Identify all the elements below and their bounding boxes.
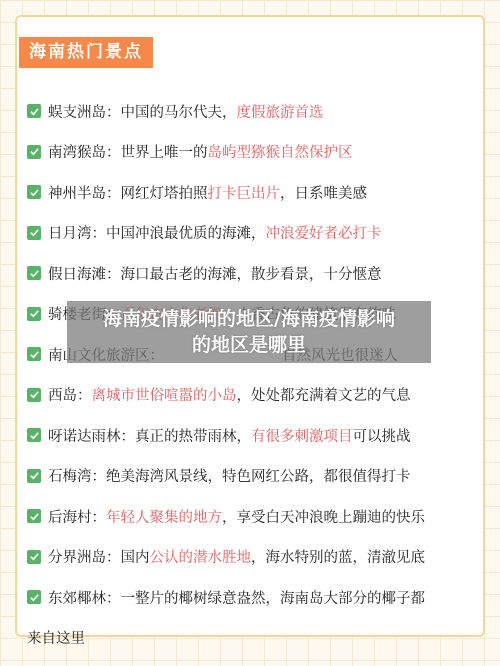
item-name: 分界洲岛 [48, 546, 106, 567]
item-name: 后海村 [48, 506, 92, 527]
list-item: 西岛：离城市世俗喧嚣的小岛，处处都充满着文艺的气息 [27, 375, 477, 416]
item-sep: ： [92, 465, 107, 486]
checkmark-icon [27, 145, 41, 159]
item-name: 日月湾 [48, 222, 92, 243]
list-item: 分界洲岛：国内公认的潜水胜地，海水特别的蓝，清澈见底 [27, 537, 477, 578]
list-item: 神州半岛：网红灯塔拍照打卡巨出片，日系唯美感 [27, 172, 477, 213]
item-text-tail: ，日系唯美感 [280, 182, 367, 203]
list-item: 后海村：年轻人聚集的地方，享受白天冲浪晚上蹦迪的快乐 [27, 496, 477, 537]
item-name: 呀诺达雨林 [48, 425, 121, 446]
item-sep: ： [92, 222, 107, 243]
card-title: 海南热门景点 [19, 37, 153, 68]
list-item: 假日海滩：海口最古老的海滩，散步看景，十分惬意 [27, 253, 477, 294]
list-item: 日月湾：中国冲浪最优质的海滩，冲浪爱好者必打卡 [27, 213, 477, 254]
item-text: 中国冲浪最优质的海滩， [106, 222, 266, 243]
item-text-tail: ，处处都充满着文艺的气息 [237, 384, 411, 405]
item-text-tail: ，享受白天冲浪晚上蹦迪的快乐 [222, 506, 425, 527]
item-sep: ： [106, 101, 121, 122]
item-name: 神州半岛 [48, 182, 106, 203]
caption-overlay: 海南疫情影响的地区/海南疫情影响 的地区是哪里 [67, 301, 431, 363]
item-highlight: 离城市世俗喧嚣的小岛 [92, 384, 237, 405]
item-text-tail: 可以挑战 [353, 425, 411, 446]
item-sep: ： [77, 384, 92, 405]
list-item: 蜈支洲岛：中国的马尔代夫，度假旅游首选 [27, 91, 477, 132]
checkmark-icon [27, 509, 41, 523]
checkmark-icon [27, 590, 41, 604]
item-highlight: 有很多刺激项目 [251, 425, 353, 446]
overlay-line-1: 海南疫情影响的地区/海南疫情影响 [67, 306, 431, 332]
list-item: 呀诺达雨林：真正的热带雨林，有很多刺激项目可以挑战 [27, 415, 477, 456]
item-highlight: 年轻人聚集的地方 [106, 506, 222, 527]
attractions-list: 蜈支洲岛：中国的马尔代夫，度假旅游首选 南湾猴岛：世界上唯一的岛屿型猕猴自然保护… [27, 91, 477, 658]
item-sep: ： [106, 182, 121, 203]
item-highlight: 打卡巨出片 [208, 182, 281, 203]
item-text: 中国的马尔代夫， [121, 101, 237, 122]
item-sep: ： [92, 506, 107, 527]
item-name: 假日海滩 [48, 263, 106, 284]
checkmark-icon [27, 307, 41, 321]
list-item: 石梅湾：绝美海湾风景线，特色网红公路，都很值得打卡 [27, 456, 477, 497]
item-sep: ： [106, 587, 121, 608]
item-name: 东郊椰林 [48, 587, 106, 608]
item-text: 海口最古老的海滩，散步看景，十分惬意 [121, 263, 382, 284]
item-text: 真正的热带雨林， [135, 425, 251, 446]
item-sep: ： [106, 263, 121, 284]
overlay-line-2: 的地区是哪里 [67, 332, 431, 358]
checkmark-icon [27, 550, 41, 564]
list-item: 南湾猴岛：世界上唯一的岛屿型猕猴自然保护区 [27, 132, 477, 173]
item-text: 世界上唯一的 [121, 141, 208, 162]
item-name: 南湾猴岛 [48, 141, 106, 162]
item-text: 国内 [121, 546, 150, 567]
checkmark-icon [27, 469, 41, 483]
item-highlight: 公认的潜水胜地 [150, 546, 252, 567]
item-text: 一整片的椰树绿意盎然，海南岛大部分的椰子都 [121, 587, 426, 608]
item-text: 网红灯塔拍照 [121, 182, 208, 203]
item-sep: ： [121, 425, 136, 446]
item-text-tail: ，海水特别的蓝，清澈见底 [251, 546, 425, 567]
list-item-wrap-line: 来自这里 [27, 618, 477, 658]
item-name: 西岛 [48, 384, 77, 405]
item-name: 蜈支洲岛 [48, 101, 106, 122]
item-text: 绝美海湾风景线，特色网红公路，都很值得打卡 [106, 465, 411, 486]
checkmark-icon [27, 185, 41, 199]
item-name: 石梅湾 [48, 465, 92, 486]
item-highlight: 度假旅游首选 [237, 101, 324, 122]
item-highlight: 岛屿型猕猴自然保护区 [208, 141, 353, 162]
checkmark-icon [27, 428, 41, 442]
list-item: 东郊椰林：一整片的椰树绿意盎然，海南岛大部分的椰子都 [27, 577, 477, 618]
checkmark-icon [27, 266, 41, 280]
item-sep: ： [106, 141, 121, 162]
item-sep: ： [106, 546, 121, 567]
checkmark-icon [27, 347, 41, 361]
checkmark-icon [27, 104, 41, 118]
checkmark-icon [27, 388, 41, 402]
item-highlight: 冲浪爱好者必打卡 [266, 222, 382, 243]
checkmark-icon [27, 226, 41, 240]
